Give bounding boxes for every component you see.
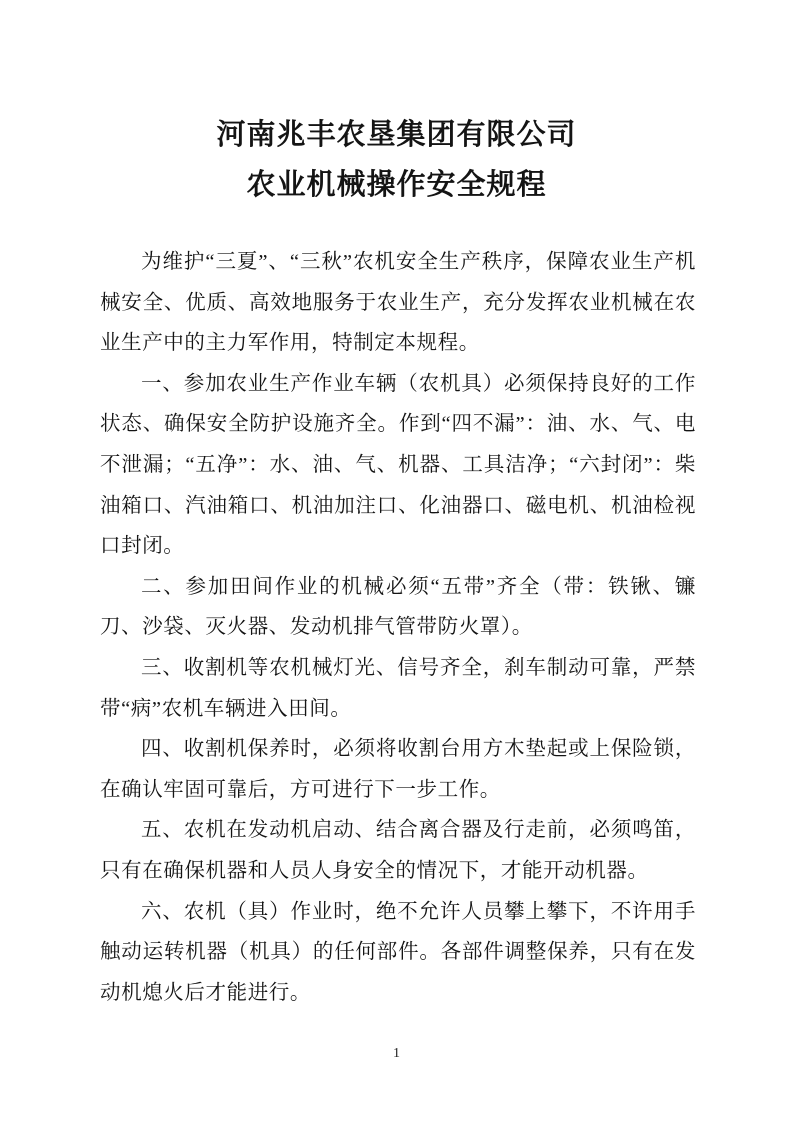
paragraph-rule-2: 二、参加田间作业的机械必须“五带”齐全（带：铁锹、镰刀、沙袋、灭火器、发动机排气… bbox=[100, 567, 696, 648]
paragraph-rule-3: 三、收割机等农机械灯光、信号齐全，刹车制动可靠，严禁带“病”农机车辆进入田间。 bbox=[100, 648, 696, 729]
page-number: 1 bbox=[393, 1046, 400, 1061]
paragraph-intro: 为维护“三夏”、“三秋”农机安全生产秩序，保障农业生产机械安全、优质、高效地服务… bbox=[100, 242, 696, 364]
paragraph-rule-1: 一、参加农业生产作业车辆（农机具）必须保持良好的工作状态、确保安全防护设施齐全。… bbox=[100, 364, 696, 567]
document-body: 为维护“三夏”、“三秋”农机安全生产秩序，保障农业生产机械安全、优质、高效地服务… bbox=[100, 242, 696, 1013]
page-footer: 1 bbox=[0, 1046, 793, 1062]
paragraph-rule-5: 五、农机在发动机启动、结合离合器及行走前，必须鸣笛，只有在确保机器和人员人身安全… bbox=[100, 810, 696, 891]
document-title: 河南兆丰农垦集团有限公司 农业机械操作安全规程 bbox=[0, 110, 793, 210]
title-line-subject: 农业机械操作安全规程 bbox=[0, 160, 793, 210]
document-page: 河南兆丰农垦集团有限公司 农业机械操作安全规程 为维护“三夏”、“三秋”农机安全… bbox=[0, 0, 793, 1122]
paragraph-rule-4: 四、收割机保养时，必须将收割台用方木垫起或上保险锁，在确认牢固可靠后，方可进行下… bbox=[100, 729, 696, 810]
paragraph-rule-6: 六、农机（具）作业时，绝不允许人员攀上攀下，不许用手触动运转机器（机具）的任何部… bbox=[100, 892, 696, 1014]
title-line-company: 河南兆丰农垦集团有限公司 bbox=[0, 110, 793, 160]
